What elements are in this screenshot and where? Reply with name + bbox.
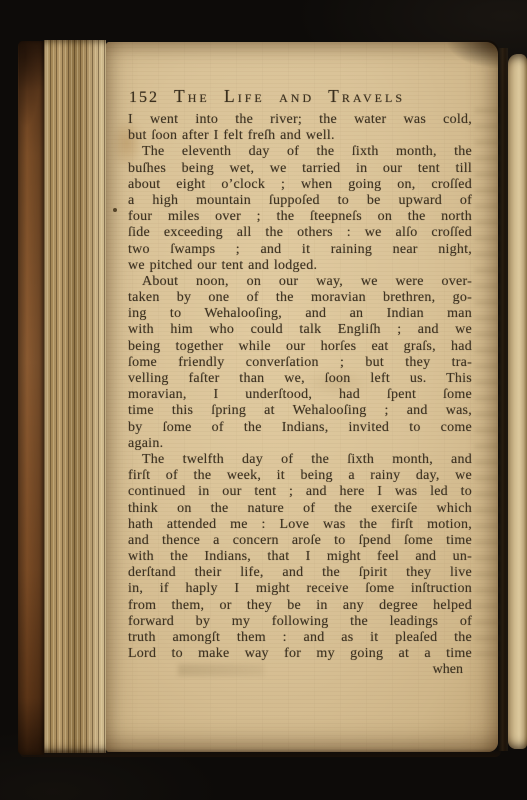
text-line: four miles over ; the ſteepneſs on the n…: [128, 209, 472, 225]
text-line: derſtand their life, and the ſpirit they…: [128, 565, 472, 581]
text-line: think on the nature of the exerciſe whic…: [128, 501, 472, 517]
text-line: moravian, I underſtood, had ſpent ſome: [128, 387, 472, 403]
text-line: I went into the river; the water was col…: [128, 112, 472, 128]
page-fore-edges: [44, 40, 106, 753]
text-line: by ſome of the Indians, invited to come: [128, 420, 472, 436]
text-line: two ſwamps ; and it raining near night,: [128, 242, 472, 258]
gutter-shadow: [498, 48, 508, 751]
text-line: The eleventh day of the ſixth month, the: [128, 144, 472, 160]
text-line: from them, or they be in any degree help…: [128, 598, 472, 614]
text-line: ſome friendly converſation ; but they tr…: [128, 355, 472, 371]
text-line: The twelfth day of the ſixth month, and: [128, 452, 472, 468]
book: 152 The Life and Travels I went into the…: [18, 40, 527, 756]
text-line: Lord to make way for my going at a time: [128, 646, 472, 662]
text-line: taken by one of the moravian brethren, g…: [128, 290, 472, 306]
text-line: forward by my following the leadings of: [128, 614, 472, 630]
text-line: with him who could talk Engliſh ; and we: [128, 322, 472, 338]
text-line: time this ſpring at Wehalooſing ; and wa…: [128, 403, 472, 419]
body-text: I went into the river; the water was col…: [128, 112, 472, 662]
text-line: about eight o’clock ; when going on, cro…: [128, 177, 472, 193]
running-title: The Life and Travels: [174, 86, 405, 107]
text-line: About noon, on our way, we were over-: [128, 274, 472, 290]
book-page: 152 The Life and Travels I went into the…: [106, 42, 498, 752]
paragraph: The twelfth day of the ſixth month, andf…: [128, 452, 472, 662]
text-line: hath attended me : Love was the firſt mo…: [128, 517, 472, 533]
paragraph: I went into the river; the water was col…: [128, 112, 472, 144]
text-line: and thence a concern aroſe to ſpend ſome…: [128, 533, 472, 549]
show-through-ghost-text: [475, 108, 499, 656]
paragraph: About noon, on our way, we were over-tak…: [128, 274, 472, 452]
text-block: 152 The Life and Travels I went into the…: [128, 86, 472, 679]
next-page-edge: [508, 54, 527, 749]
text-line: being together while our horſes eat graſ…: [128, 339, 472, 355]
text-line: ſide exceeding all the others : we alſo …: [128, 225, 472, 241]
text-line: a high mountain ſuppoſed to be upward of: [128, 193, 472, 209]
catchword: when: [128, 662, 472, 678]
page-header: 152 The Life and Travels: [129, 86, 472, 107]
ink-speck: [113, 208, 117, 212]
page-corner-shadow: [447, 40, 499, 68]
text-line: continued in our tent ; and here I was l…: [128, 484, 472, 500]
text-line: firſt of the week, it being a rainy day,…: [128, 468, 472, 484]
text-line: ing to Wehalooſing, and an Indian man: [128, 306, 472, 322]
paragraph: The eleventh day of the ſixth month, the…: [128, 144, 472, 274]
page-number: 152: [129, 89, 159, 107]
text-line: buſhes being wet, we tarried in our tent…: [128, 161, 472, 177]
text-line: we pitched our tent and lodged.: [128, 258, 472, 274]
book-spine: [18, 41, 44, 755]
text-line: again.: [128, 436, 472, 452]
text-line: truth amongſt them : and as it pleaſed t…: [128, 630, 472, 646]
text-line: with the Indians, that I might feel and …: [128, 549, 472, 565]
text-line: in, if haply I might receive ſome inſtru…: [128, 581, 472, 597]
photo-background: 152 The Life and Travels I went into the…: [0, 0, 527, 800]
text-line: velling faſter than we, ſoon left us. Th…: [128, 371, 472, 387]
text-line: but ſoon after I felt freſh and well.: [128, 128, 472, 144]
